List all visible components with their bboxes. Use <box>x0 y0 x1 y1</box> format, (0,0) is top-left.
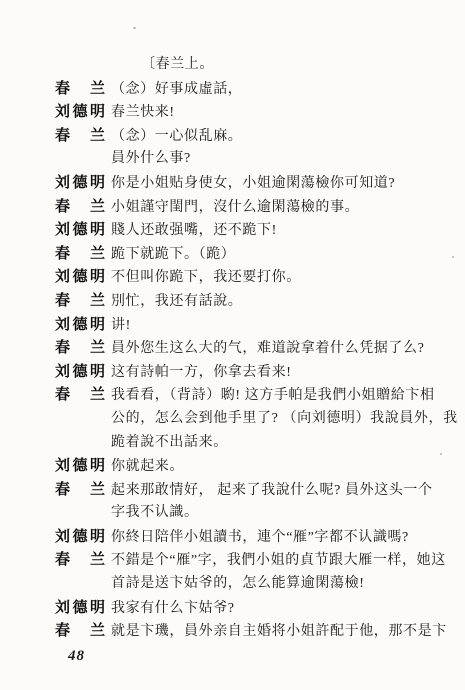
dialogue-row: 刘德明 你終日陪伴小姐讀书，連个“雁”字都不认識嗎? <box>55 525 447 549</box>
dialogue-text: 我看看，（背詩）喲! 这方手帕是我們小姐贈給卞相 <box>111 384 435 404</box>
speaker-label: 春兰 <box>55 289 105 310</box>
dialogue-row: 春兰 （念）一心似乱麻。 <box>55 124 447 148</box>
dialogue-text: 你終日陪伴小姐讀书，連个“雁”字都不认識嗎? <box>111 526 409 546</box>
speaker-label: 春兰 <box>55 383 105 404</box>
page-number: 48 <box>68 648 85 665</box>
speaker-label: 刘德明 <box>55 360 105 381</box>
speaker-label: 刘德明 <box>55 525 105 546</box>
dialogue-row: 春兰 我看看，（背詩）喲! 这方手帕是我們小姐贈給卞相 <box>55 383 447 407</box>
speaker-label: 刘德明 <box>55 100 105 121</box>
dialogue-row: 刘德明 你是小姐贴身使女，小姐逾閑蕩檢你可知道? <box>55 171 447 195</box>
dialogue-text: 不錯是个“雁”字，我們小姐的貞节跟大雁一样，她这 <box>111 549 446 569</box>
speaker-label: 刘德明 <box>55 596 105 617</box>
dialogue-row: 春兰 就是卞璣，員外亲自主婚将小姐許配于他，那不是卞 <box>55 619 447 643</box>
dialogue-text: 就是卞璣，員外亲自主婚将小姐許配于他，那不是卞 <box>111 620 447 640</box>
dialogue-text: （念）一心似乱麻。 <box>111 125 242 145</box>
dialogue-text: 这有詩帕一方，你拿去看来! <box>111 361 291 381</box>
stage-direction: 〔春兰上。 <box>141 53 214 73</box>
stage-direction-row: 〔春兰上。 <box>55 53 447 77</box>
scan-speck <box>133 27 136 29</box>
dialogue-continuation-row: 公的，怎么会到他手里了? （向刘德明）我說員外，我 <box>55 407 447 431</box>
scan-speck <box>452 256 454 258</box>
speaker-label: 春兰 <box>55 548 105 569</box>
dialogue-row: 春兰 小姐謹守閨門，沒什么逾閑蕩檢的事。 <box>55 195 447 219</box>
dialogue-text: 別忙，我还有話說。 <box>111 290 242 310</box>
dialogue-text: 公的，怎么会到他手里了? （向刘德明）我說員外，我 <box>111 407 458 427</box>
dialogue-row: 刘德明 賤人还敢强嘴，还不跪下! <box>55 218 447 242</box>
dialogue-row: 刘德明 不但叫你跪下，我还要打你。 <box>55 265 447 289</box>
dialogue-text: 你就起来。 <box>111 455 184 475</box>
dialogue-text: 首詩是送卞姑爷的，怎么能算逾閑蕩檢! <box>111 572 364 592</box>
dialogue-row: 刘德明 讲! <box>55 313 447 337</box>
speaker-label: 刘德明 <box>55 218 105 239</box>
dialogue-text: 跪着說不出話来。 <box>111 431 228 451</box>
dialogue-text: 賤人还敢强嘴，还不跪下! <box>111 219 277 239</box>
speaker-label: 春兰 <box>55 124 105 145</box>
dialogue-continuation-row: 首詩是送卞姑爷的，怎么能算逾閑蕩檢! <box>55 572 447 596</box>
dialogue-text: 起来那敢情好， 起来了我說什么呢? 員外这头一个 <box>111 479 433 499</box>
dialogue-text: 員外您生这么大的气，难道說拿着什么凭据了么? <box>111 337 424 357</box>
speaker-label: 刘德明 <box>55 265 105 286</box>
speaker-label: 春兰 <box>55 619 105 640</box>
dialogue-row: 春兰 員外您生这么大的气，难道說拿着什么凭据了么? <box>55 336 447 360</box>
speaker-label: 刘德明 <box>55 454 105 475</box>
dialogue-row: 刘德明 我家有什么卞姑爷? <box>55 596 447 620</box>
dialogue-text: 不但叫你跪下，我还要打你。 <box>111 266 301 286</box>
speaker-label: 春兰 <box>55 478 105 499</box>
dialogue-row: 刘德明 这有詩帕一方，你拿去看来! <box>55 360 447 384</box>
dialogue-row: 春兰 不錯是个“雁”字，我們小姐的貞节跟大雁一样，她这 <box>55 548 447 572</box>
speaker-label: 春兰 <box>55 242 105 263</box>
dialogue-text: 讲! <box>111 314 131 334</box>
book-page: 〔春兰上。 春兰 （念）好事成虛話， 刘德明 春兰快来! 春兰 （念）一心似乱麻… <box>0 0 465 690</box>
speaker-label: 春兰 <box>55 336 105 357</box>
dialogue-text: 員外什么事? <box>111 147 191 167</box>
dialogue-text: （念）好事成虛話， <box>111 78 242 98</box>
dialogue-text: 跪下就跪下。（跪） <box>111 243 235 263</box>
dialogue-text: 你是小姐贴身使女，小姐逾閑蕩檢你可知道? <box>111 172 395 192</box>
script-text-block: 〔春兰上。 春兰 （念）好事成虛話， 刘德明 春兰快来! 春兰 （念）一心似乱麻… <box>55 53 447 643</box>
dialogue-text: 我家有什么卞姑爷? <box>111 597 235 617</box>
dialogue-row: 春兰 別忙，我还有話說。 <box>55 289 447 313</box>
speaker-label: 春兰 <box>55 77 105 98</box>
dialogue-row: 刘德明 你就起来。 <box>55 454 447 478</box>
dialogue-text: 春兰快来! <box>111 101 175 121</box>
dialogue-row: 刘德明 春兰快来! <box>55 100 447 124</box>
dialogue-row: 春兰 起来那敢情好， 起来了我說什么呢? 員外这头一个 <box>55 478 447 502</box>
speaker-label: 刘德明 <box>55 171 105 192</box>
dialogue-continuation-row: 員外什么事? <box>55 147 447 171</box>
dialogue-row: 春兰 跪下就跪下。（跪） <box>55 242 447 266</box>
dialogue-continuation-row: 跪着說不出話来。 <box>55 431 447 455</box>
dialogue-text: 小姐謹守閨門，沒什么逾閑蕩檢的事。 <box>111 196 359 216</box>
dialogue-text: 字我不认識。 <box>111 501 199 521</box>
dialogue-continuation-row: 字我不认識。 <box>55 501 447 525</box>
speaker-label: 刘德明 <box>55 313 105 334</box>
speaker-label: 春兰 <box>55 195 105 216</box>
dialogue-row: 春兰 （念）好事成虛話， <box>55 77 447 101</box>
